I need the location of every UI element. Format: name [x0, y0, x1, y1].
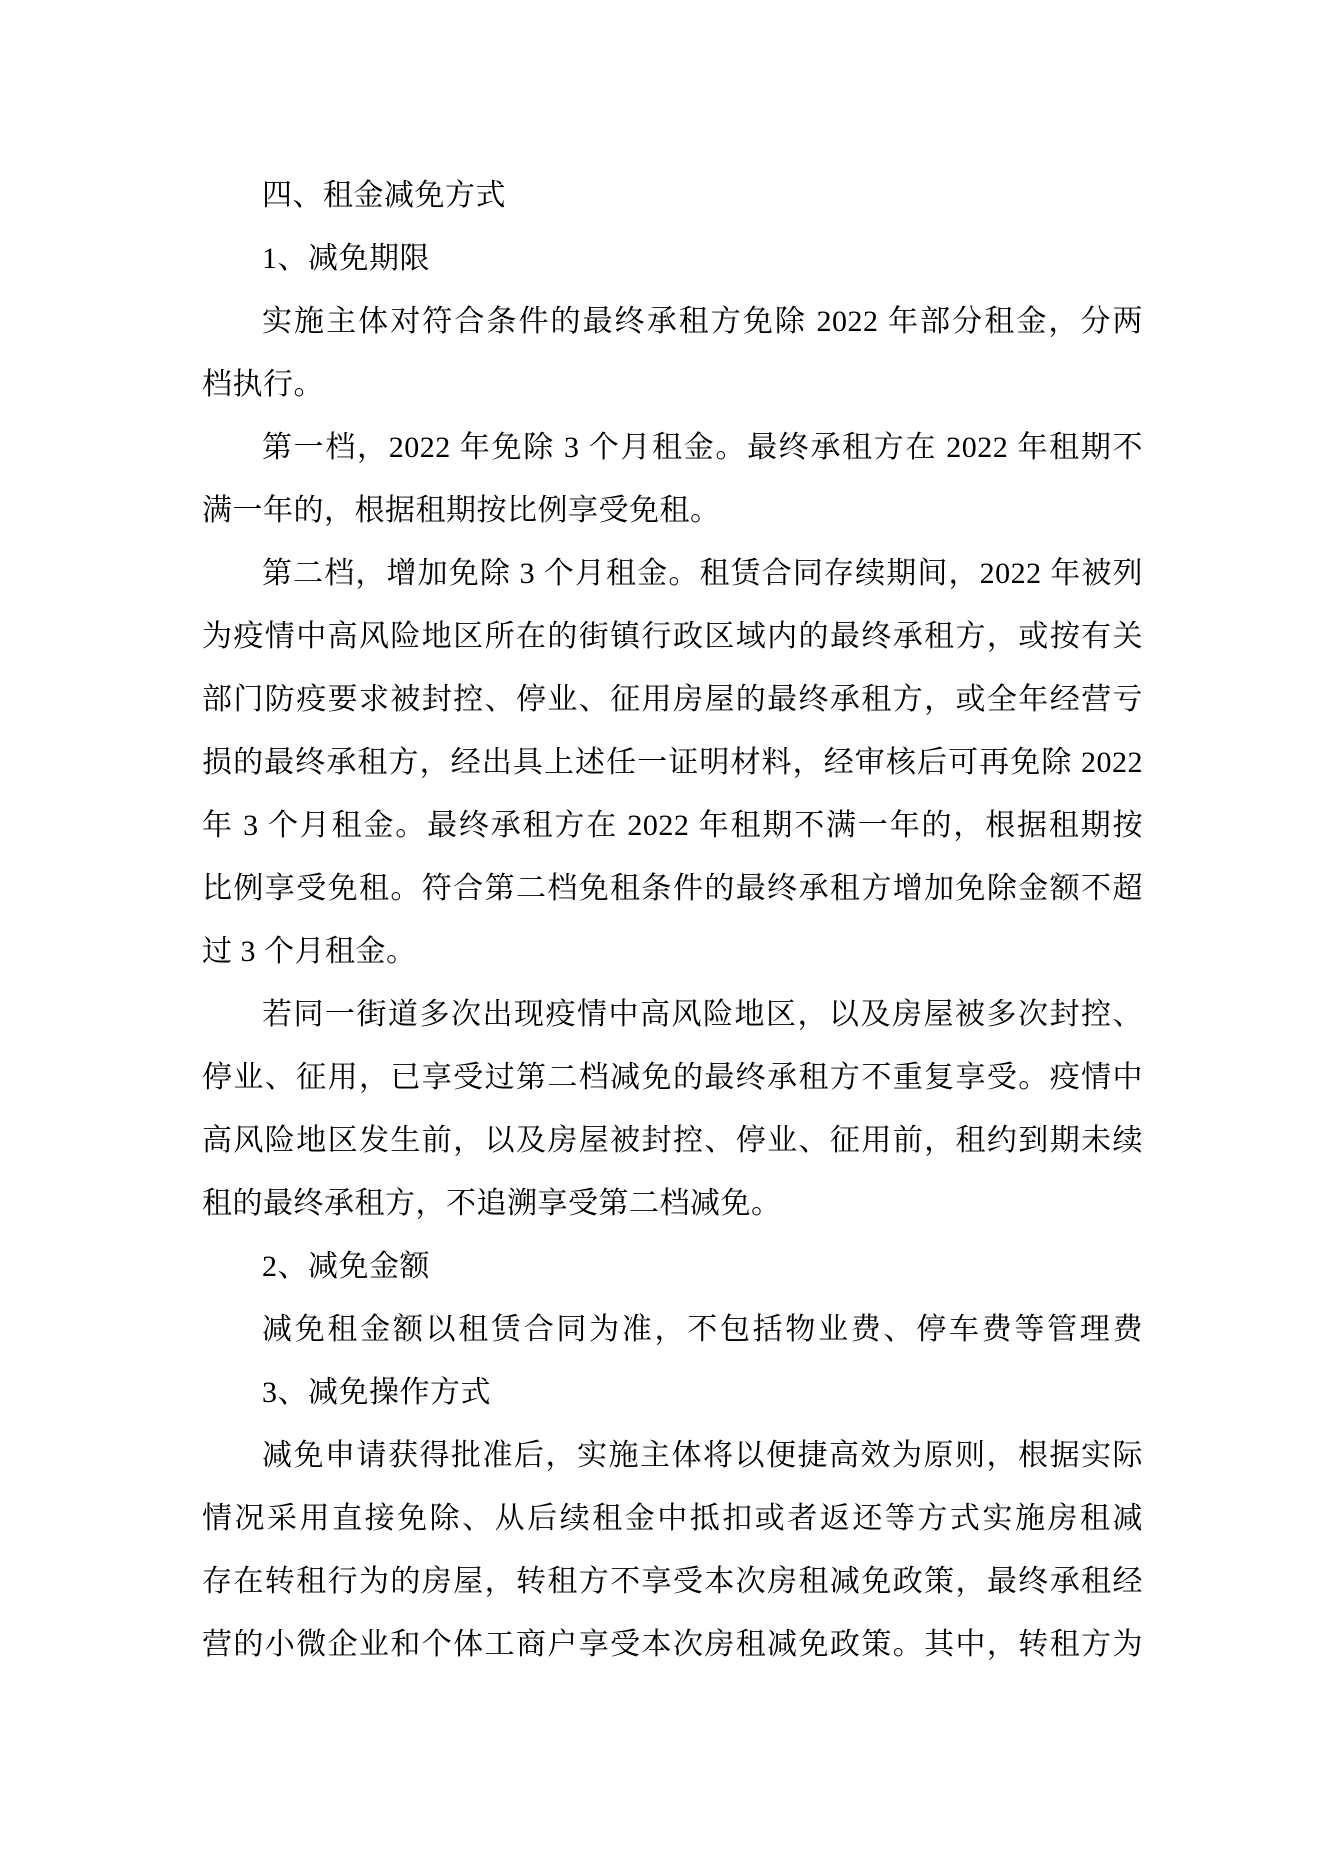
paragraph-line: 损的最终承租方，经出具上述任一证明材料，经审核后可再免除 2022: [202, 731, 1143, 794]
subheading-line-3: 3、减免操作方式: [202, 1361, 1143, 1424]
subheading-line-2: 2、减免金额: [202, 1235, 1143, 1298]
subheading-line-1: 1、减免期限: [202, 227, 1143, 290]
paragraph-line: 减免租金额以租赁合同为准，不包括物业费、停车费等管理费用。: [202, 1298, 1143, 1361]
paragraph-line: 情况采用直接免除、从后续租金中抵扣或者返还等方式实施房租减免。: [202, 1487, 1143, 1550]
section-heading-line: 四、租金减免方式: [202, 164, 1143, 227]
paragraph-line: 为疫情中高风险地区所在的街镇行政区域内的最终承租方，或按有关: [202, 605, 1143, 668]
paragraph-line: 高风险地区发生前，以及房屋被封控、停业、征用前，租约到期未续: [202, 1109, 1143, 1172]
paragraph-line: 营的小微企业和个体工商户享受本次房租减免政策。其中，转租方为: [202, 1613, 1143, 1676]
paragraph-line: 停业、征用，已享受过第二档减免的最终承租方不重复享受。疫情中: [202, 1046, 1143, 1109]
document-page: 四、租金减免方式 1、减免期限 实施主体对符合条件的最终承租方免除 2022 年…: [0, 0, 1323, 1872]
paragraph-line: 若同一街道多次出现疫情中高风险地区，以及房屋被多次封控、: [202, 983, 1143, 1046]
paragraph-line: 存在转租行为的房屋，转租方不享受本次房租减免政策，最终承租经: [202, 1550, 1143, 1613]
paragraph-line: 实施主体对符合条件的最终承租方免除 2022 年部分租金，分两: [202, 290, 1143, 353]
paragraph-line: 满一年的，根据租期按比例享受免租。: [202, 479, 1143, 542]
paragraph-line: 第二档，增加免除 3 个月租金。租赁合同存续期间，2022 年被列: [202, 542, 1143, 605]
document-body: 四、租金减免方式 1、减免期限 实施主体对符合条件的最终承租方免除 2022 年…: [202, 164, 1143, 1676]
paragraph-line: 部门防疫要求被封控、停业、征用房屋的最终承租方，或全年经营亏: [202, 668, 1143, 731]
paragraph-line: 第一档，2022 年免除 3 个月租金。最终承租方在 2022 年租期不: [202, 416, 1143, 479]
paragraph-line: 过 3 个月租金。: [202, 920, 1143, 983]
paragraph-line: 年 3 个月租金。最终承租方在 2022 年租期不满一年的，根据租期按: [202, 794, 1143, 857]
paragraph-line: 租的最终承租方，不追溯享受第二档减免。: [202, 1172, 1143, 1235]
paragraph-line: 减免申请获得批准后，实施主体将以便捷高效为原则，根据实际: [202, 1424, 1143, 1487]
paragraph-line: 比例享受免租。符合第二档免租条件的最终承租方增加免除金额不超: [202, 857, 1143, 920]
paragraph-line: 档执行。: [202, 353, 1143, 416]
